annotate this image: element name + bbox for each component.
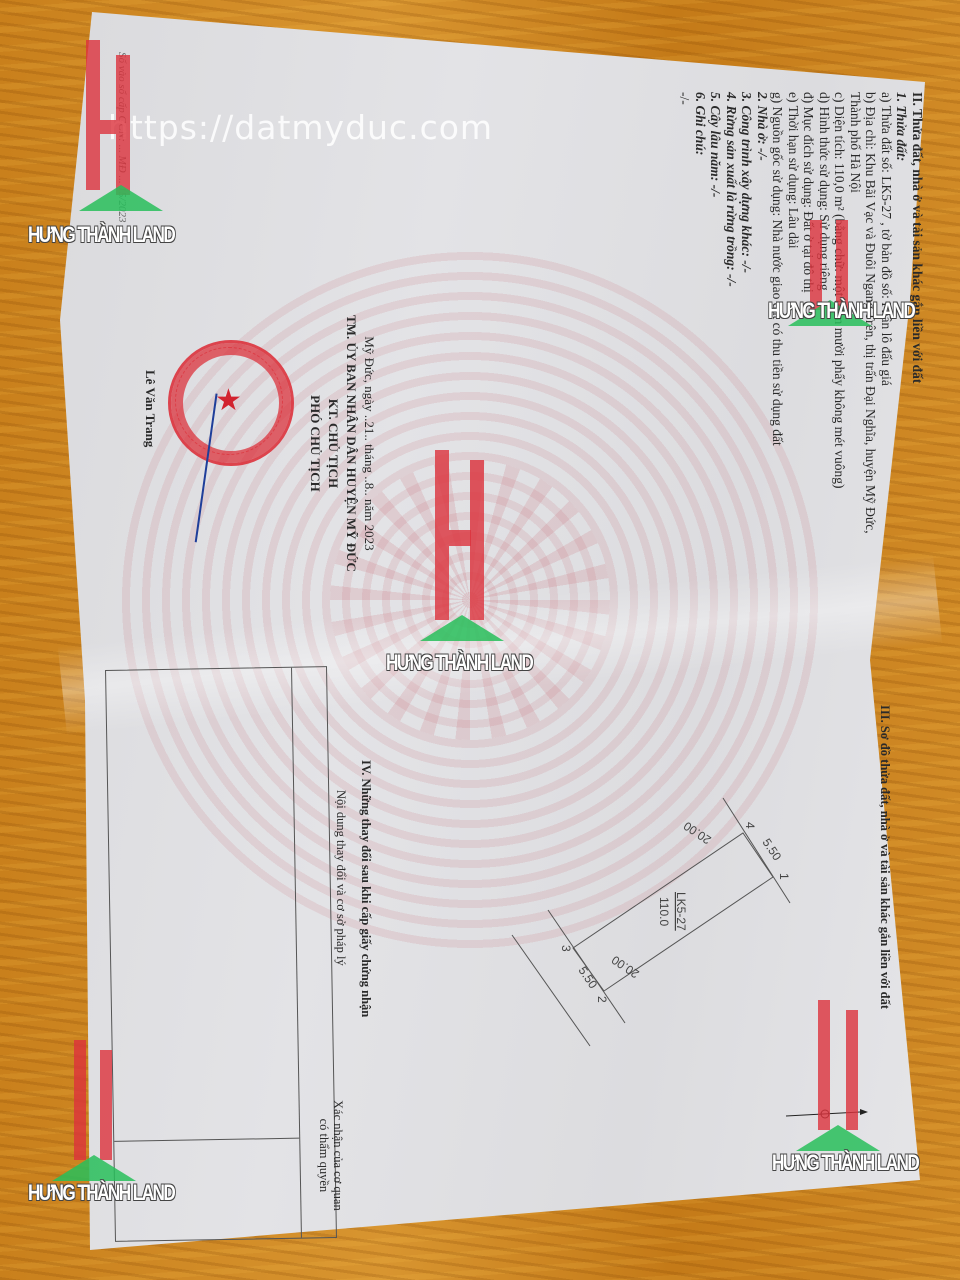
watermark-logo: HƯNG THÀNH LAND [34, 30, 174, 220]
watermark-logo: HƯNG THÀNH LAND [770, 180, 910, 370]
date-line: Mỹ Đức, ngày ..21.. tháng ..8.. năm 2023 [360, 315, 378, 572]
svg-text:4: 4 [743, 822, 757, 829]
svg-text:110.0: 110.0 [657, 897, 671, 926]
org-name: TM. ỦY BAN NHÂN DÂN HUYỆN MỸ ĐỨC [342, 315, 360, 572]
watermark-logo: HƯNG THÀNH LAND [390, 440, 530, 630]
watermark-logo-text: HƯNG THÀNH LAND [28, 1180, 174, 1206]
watermark-logo: HƯNG THÀNH LAND [34, 1030, 174, 1220]
watermark-logo-text: HƯNG THÀNH LAND [386, 650, 532, 676]
signer-name: Lê Văn Trang [142, 370, 158, 447]
section3-title: III. Sơ đồ thửa đất, nhà ở và tài sản kh… [877, 705, 892, 1009]
signature-block: Mỹ Đức, ngày ..21.. tháng ..8.. năm 2023… [306, 315, 378, 572]
svg-text:5.50: 5.50 [576, 964, 601, 991]
svg-text:LK5-27: LK5-27 [674, 892, 688, 931]
item-other-construction: 3. Công trình xây dựng khác: -/- [739, 92, 755, 534]
watermark-logo: HƯNG THÀNH LAND [770, 990, 910, 1180]
item-forest: 4. Rừng sản xuất là rừng trồng: -/- [724, 92, 740, 534]
changes-column-header: Nội dung thay đổi và cơ sở pháp lý [333, 790, 348, 966]
item-perennial: 5. Cây lâu năm: -/- [708, 92, 724, 534]
confirmation-column-header: Xác nhận của cơ quan có thẩm quyền [317, 1100, 345, 1211]
section4-title: IV. Những thay đổi sau khi cấp giấy chứn… [358, 760, 373, 1017]
svg-text:1: 1 [777, 873, 791, 880]
confirmation-line2: có thẩm quyền [317, 1100, 331, 1211]
notes-value: -/- [677, 92, 693, 534]
watermark-logo-text: HƯNG THÀNH LAND [768, 298, 914, 324]
confirmation-line1: Xác nhận của cơ quan [331, 1100, 345, 1211]
plot-diagram: 4 1 2 3 5.50 20.00 5.50 20.00 LK5-27 110… [500, 760, 800, 1060]
watermark-logo-text: HƯNG THÀNH LAND [772, 1150, 918, 1176]
role-title: PHÓ CHỦ TỊCH [306, 315, 324, 572]
svg-text:5.50: 5.50 [760, 836, 785, 863]
svg-text:2: 2 [595, 996, 609, 1003]
item-notes: 6. Ghi chú: [693, 92, 709, 534]
kt-title: KT. CHỦ TỊCH [324, 315, 342, 572]
svg-text:3: 3 [559, 945, 573, 952]
svg-text:20.00: 20.00 [681, 819, 714, 848]
watermark-logo-text: HƯNG THÀNH LAND [28, 222, 174, 248]
